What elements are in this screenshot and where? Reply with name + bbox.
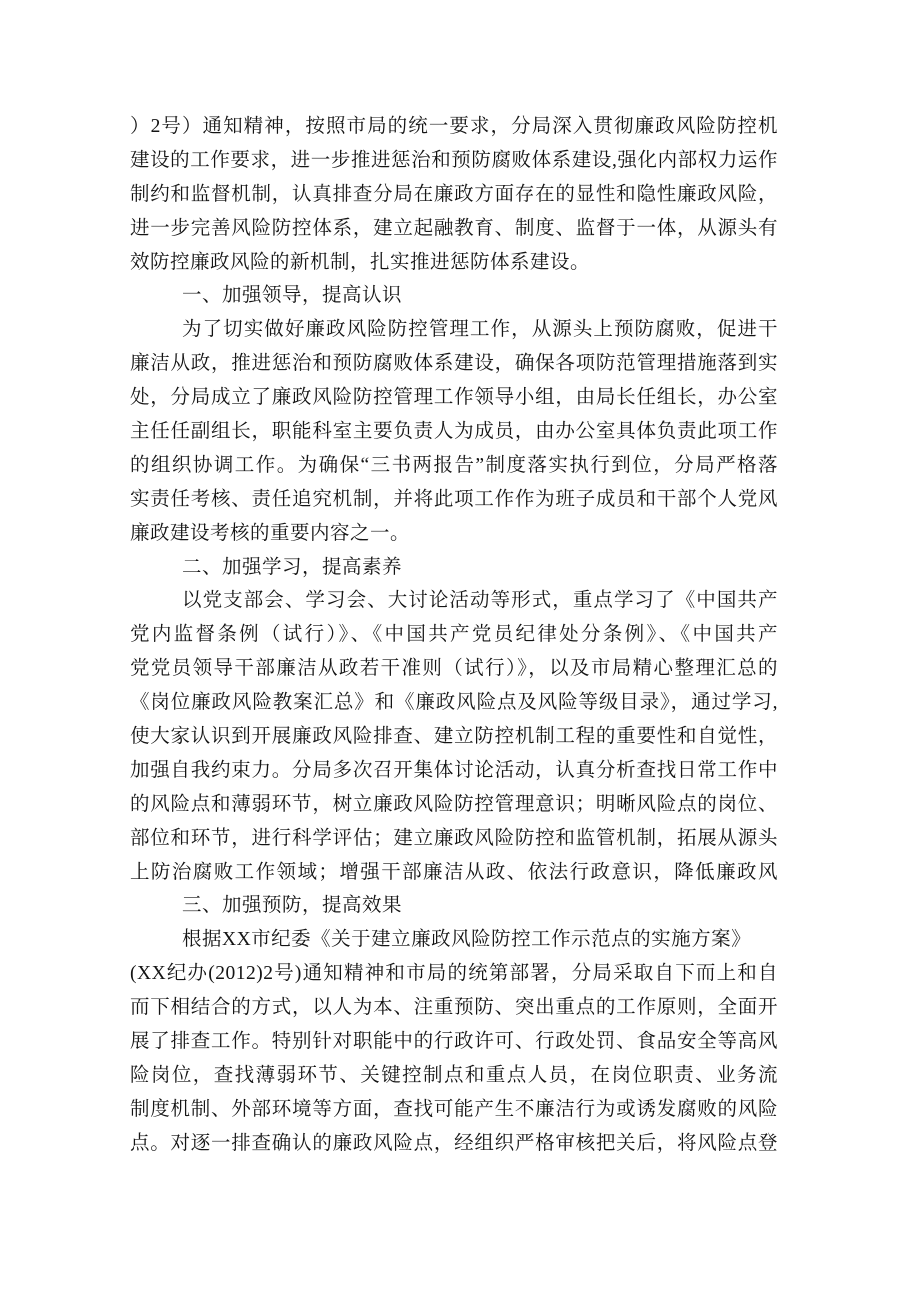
document-line: 建设的工作要求，进一步推进惩治和预防腐败体系建设,强化内部权力运作 <box>130 144 778 178</box>
document-line: ）2号）通知精神，按照市局的统一要求，分局深入贯彻廉政风险防控机制 <box>130 110 778 144</box>
section-heading: 一、加强领导，提高认识 <box>130 279 778 313</box>
document-line: 党党员领导干部廉洁从政若干准则（试行）》，以及市局精心整理汇总的 <box>130 652 778 686</box>
document-line: 的风险点和薄弱环节，树立廉政风险防控管理意识；明晰风险点的岗位、 <box>130 788 778 822</box>
document-line: 上防治腐败工作领域；增强干部廉洁从政、依法行政意识，降低廉政风险。 <box>130 856 778 890</box>
document-line: 而下相结合的方式，以人为本、注重预防、突出重点的工作原则，全面开 <box>130 991 778 1025</box>
document-page: ）2号）通知精神，按照市局的统一要求，分局深入贯彻廉政风险防控机制建设的工作要求… <box>0 0 920 1301</box>
document-line: 以党支部会、学习会、大讨论活动等形式，重点学习了《中国共产党 <box>130 584 778 618</box>
document-line: 的组织协调工作。为确保“三书两报告”制度落实执行到位，分局严格落 <box>130 449 778 483</box>
document-line: 《岗位廉政风险教案汇总》和《廉政风险点及风险等级目录》，通过学习, <box>130 686 778 720</box>
document-line: (XX纪办(2012)2号)通知精神和市局的统第部署，分局采取自下而上和自上 <box>130 957 778 991</box>
section-heading: 二、加强学习，提高素养 <box>130 551 778 585</box>
document-line: 部位和环节，进行科学评估；建立廉政风险防控和监管机制，拓展从源头 <box>130 822 778 856</box>
document-line: 为了切实做好廉政风险防控管理工作，从源头上预防腐败，促进干部 <box>130 313 778 347</box>
document-line: 实责任考核、责任追究机制，并将此项工作作为班子成员和干部个人党风 <box>130 483 778 517</box>
document-line: 处，分局成立了廉政风险防控管理工作领导小组，由局长任组长，办公室 <box>130 381 778 415</box>
document-body: ）2号）通知精神，按照市局的统一要求，分局深入贯彻廉政风险防控机制建设的工作要求… <box>130 110 778 1161</box>
document-line: 点。对逐一排查确认的廉政风险点，经组织严格审核把关后，将风险点登 <box>130 1127 778 1161</box>
document-line: 廉洁从政，推进惩治和预防腐败体系建设，确保各项防范管理措施落到实 <box>130 347 778 381</box>
document-line: 党内监督条例（试行）》、《中国共产党员纪律处分条例》、《中国共产 <box>130 618 778 652</box>
document-line: 使大家认识到开展廉政风险排查、建立防控机制工程的重要性和自觉性， <box>130 720 778 754</box>
document-line: 廉政建设考核的重要内容之一。 <box>130 517 778 551</box>
section-heading: 三、加强预防，提高效果 <box>130 889 778 923</box>
document-line: 展了排查工作。特别针对职能中的行政许可、行政处罚、食品安全等高风 <box>130 1025 778 1059</box>
document-line: 主任任副组长，职能科室主要负责人为成员，由办公室具体负责此项工作 <box>130 415 778 449</box>
document-line: 险岗位，查找薄弱环节、关键控制点和重点人员，在岗位职责、业务流程、 <box>130 1059 778 1093</box>
document-line: 效防控廉政风险的新机制，扎实推进惩防体系建设。 <box>130 246 778 280</box>
document-line: 根据XX市纪委《关于建立廉政风险防控工作示范点的实施方案》 <box>130 923 778 957</box>
document-line: 加强自我约束力。分局多次召开集体讨论活动，认真分析查找日常工作中 <box>130 754 778 788</box>
document-line: 进一步完善风险防控体系，建立起融教育、制度、监督于一体，从源头有 <box>130 212 778 246</box>
document-line: 制约和监督机制，认真排查分局在廉政方面存在的显性和隐性廉政风险， <box>130 178 778 212</box>
document-line: 制度机制、外部环境等方面，查找可能产生不廉洁行为或诱发腐败的风险 <box>130 1093 778 1127</box>
